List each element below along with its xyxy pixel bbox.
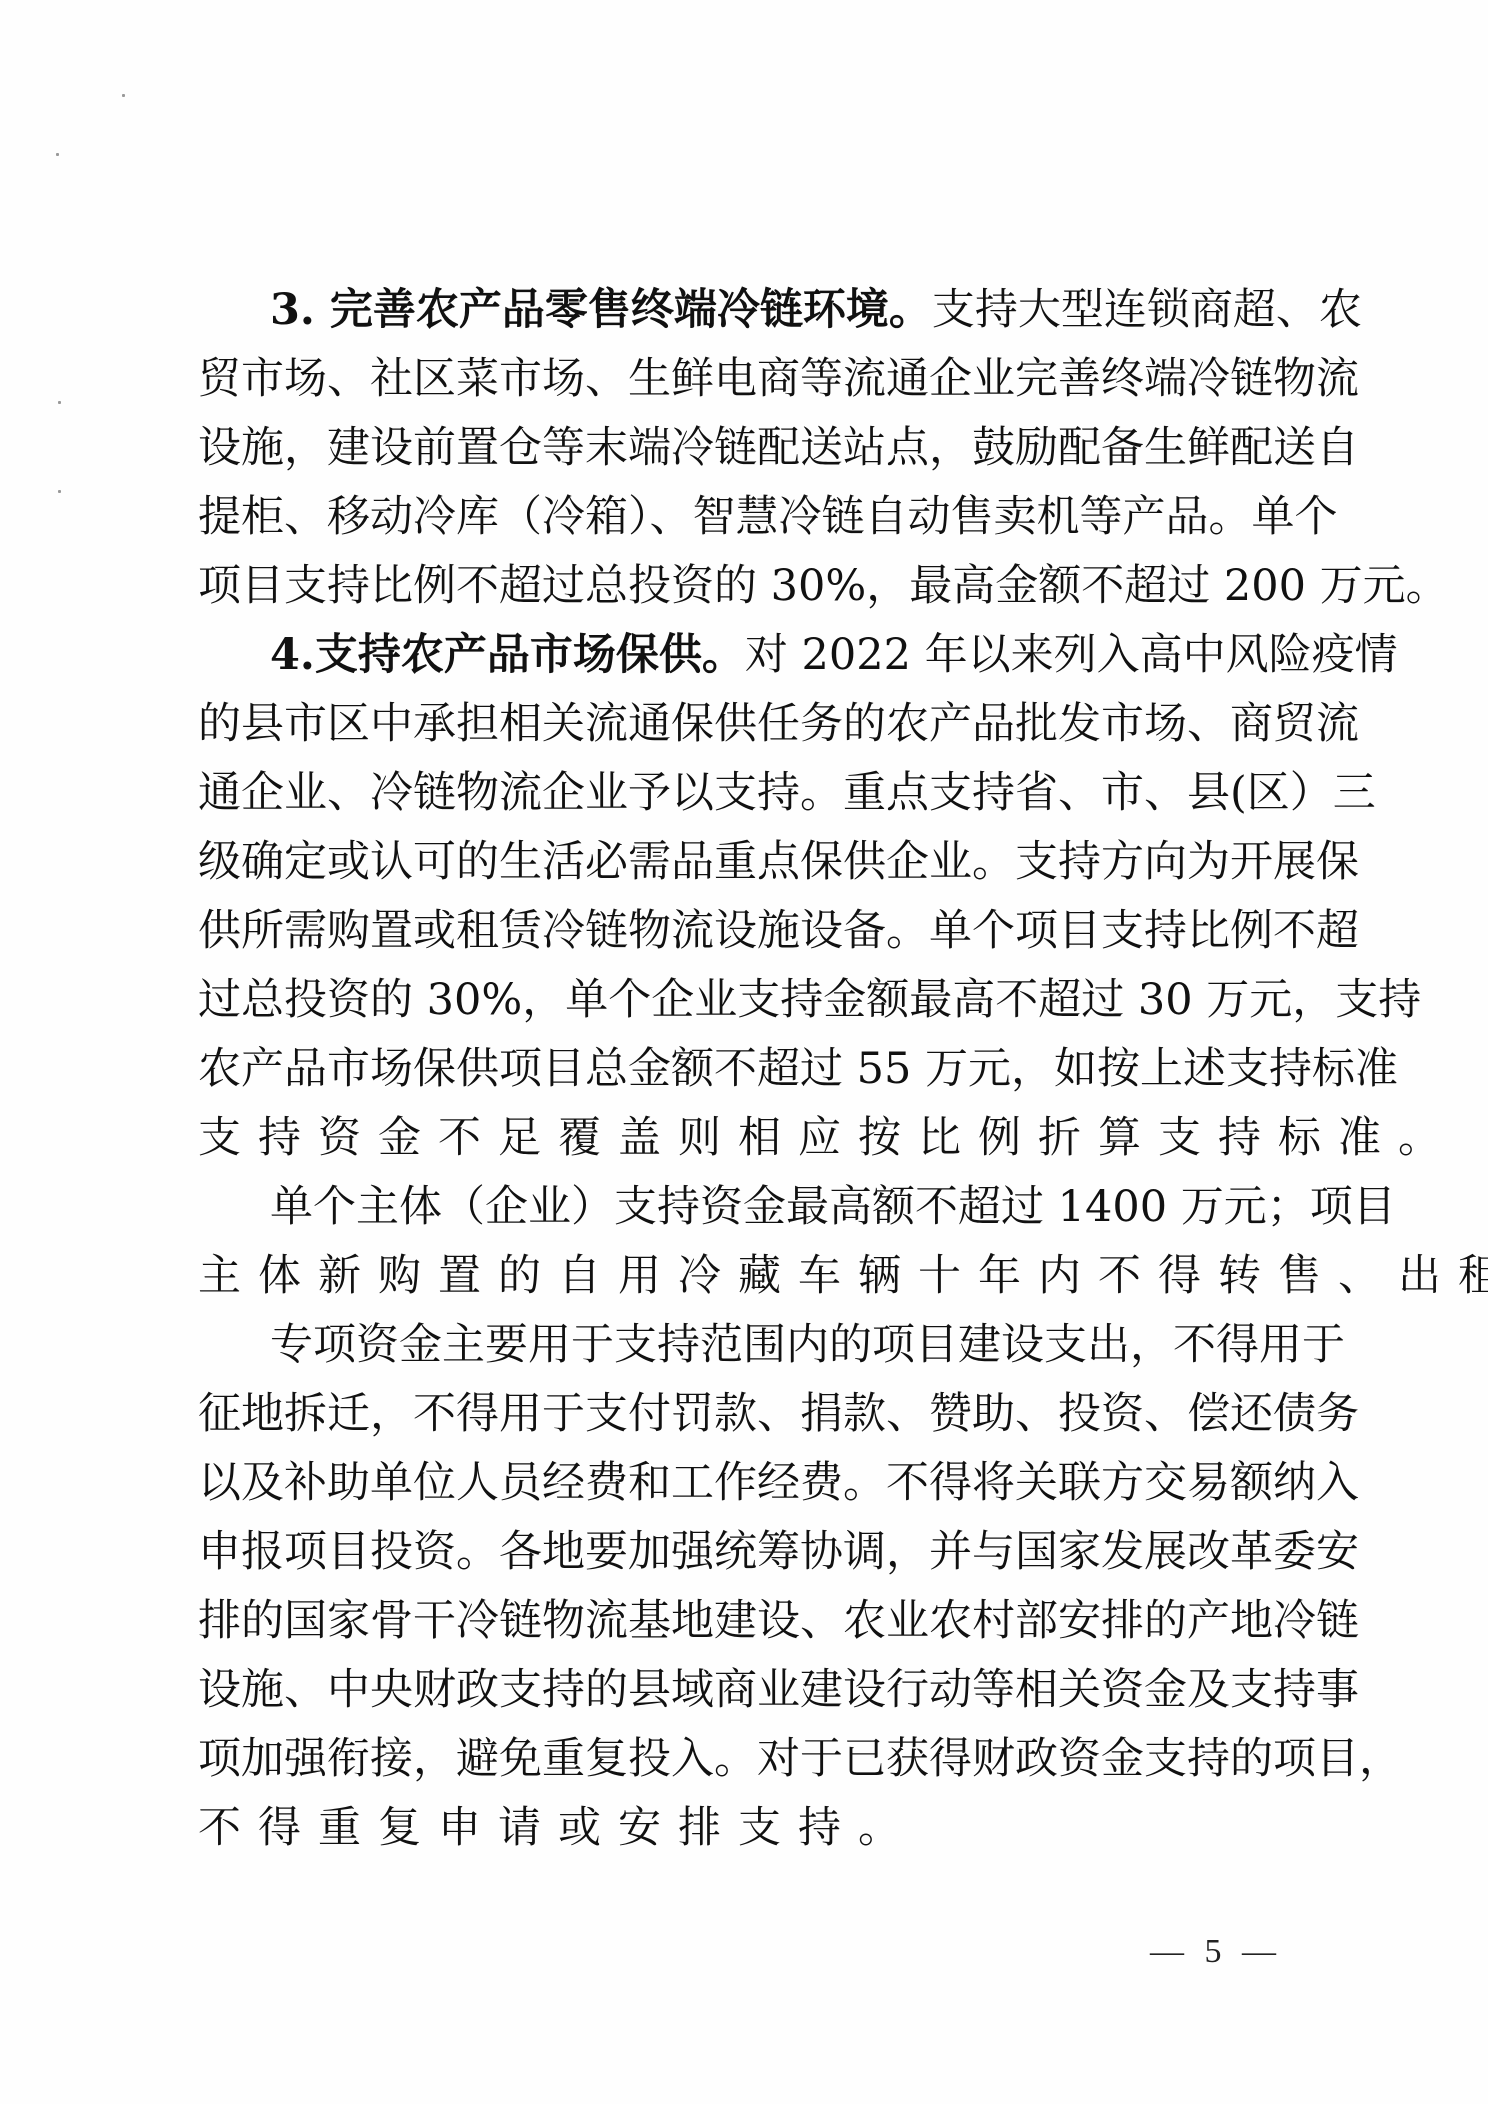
paragraph-4-line-1: 4.支持农产品市场保供。对 2022 年以来列入高中风险疫情 (270, 621, 1290, 690)
page-number: — 5 — (1150, 1933, 1282, 1971)
paragraph-4-line-2: 的县市区中承担相关流通保供任务的农产品批发市场、商贸流 (198, 690, 1290, 759)
scan-speck (58, 401, 61, 404)
paragraph-6-line-4: 申报项目投资。各地要加强统筹协调，并与国家发展改革委安 (198, 1518, 1290, 1587)
paragraph-4-line-6: 过总投资的 30%，单个企业支持金额最高不超过 30 万元，支持 (198, 966, 1290, 1035)
paragraph-3-line-5: 项目支持比例不超过总投资的 30%，最高金额不超过 200 万元。 (198, 552, 1290, 621)
paragraph-6-line-1: 专项资金主要用于支持范围内的项目建设支出，不得用于 (270, 1311, 1290, 1380)
paragraph-4-line-5: 供所需购置或租赁冷链物流设施设备。单个项目支持比例不超 (198, 897, 1290, 966)
paragraph-3-line-1: 3. 完善农产品零售终端冷链环境。支持大型连锁商超、农 (270, 276, 1290, 345)
paragraph-6-line-6: 设施、中央财政支持的县域商业建设行动等相关资金及支持事 (198, 1656, 1290, 1725)
section-heading-3: 3. 完善农产品零售终端冷链环境。 (270, 285, 932, 335)
scan-speck (122, 94, 125, 97)
paragraph-6-line-3: 以及补助单位人员经费和工作经费。不得将关联方交易额纳入 (198, 1449, 1290, 1518)
paragraph-3-line-3: 设施，建设前置仓等末端冷链配送站点，鼓励配备生鲜配送自 (198, 414, 1290, 483)
paragraph-4-line-3: 通企业、冷链物流企业予以支持。重点支持省、市、县(区）三 (198, 759, 1290, 828)
paragraph-6-line-5: 排的国家骨干冷链物流基地建设、农业农村部安排的产地冷链 (198, 1587, 1290, 1656)
scan-speck (56, 153, 59, 156)
scan-speck (58, 490, 61, 493)
document-page: 3. 完善农产品零售终端冷链环境。支持大型连锁商超、农 贸市场、社区菜市场、生鲜… (0, 0, 1488, 2104)
section-heading-4: 4.支持农产品市场保供。 (270, 630, 745, 680)
paragraph-4-line-4: 级确定或认可的生活必需品重点保供企业。支持方向为开展保 (198, 828, 1290, 897)
paragraph-3-line-4: 提柜、移动冷库（冷箱）、智慧冷链自动售卖机等产品。单个 (198, 483, 1290, 552)
paragraph-6-line-7: 项加强衔接，避免重复投入。对于已获得财政资金支持的项目， (198, 1725, 1290, 1794)
paragraph-4-line-8: 支持资金不足覆盖则相应按比例折算支持标准。 (198, 1104, 1290, 1173)
paragraph-6-line-8: 不得重复申请或安排支持。 (198, 1794, 1290, 1863)
paragraph-3-line-2: 贸市场、社区菜市场、生鲜电商等流通企业完善终端冷链物流 (198, 345, 1290, 414)
paragraph-4-line-7: 农产品市场保供项目总金额不超过 55 万元，如按上述支持标准 (198, 1035, 1290, 1104)
paragraph-6-line-2: 征地拆迁，不得用于支付罚款、捐款、赞助、投资、偿还债务 (198, 1380, 1290, 1449)
paragraph-5-line-2: 主体新购置的自用冷藏车辆十年内不得转售、出租。 (198, 1242, 1290, 1311)
paragraph-5-line-1: 单个主体（企业）支持资金最高额不超过 1400 万元；项目 (270, 1173, 1290, 1242)
